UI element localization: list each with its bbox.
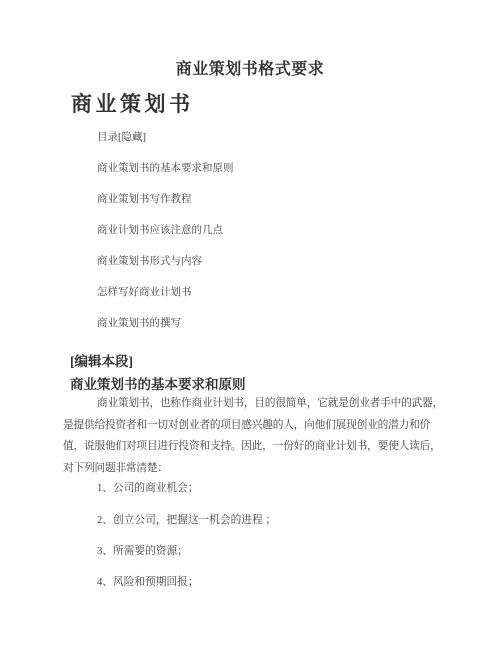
page-heading: 商业策划书 [71,88,194,118]
document-page: 商业策划书格式要求 商业策划书 目录[隐藏] 商业策划书的基本要求和原则 商业策… [0,0,500,647]
numbered-list-item: 3、所需要的资源； [97,543,188,558]
paragraph-line: 对下列问题非常清楚： [63,460,168,475]
numbered-list-item: 2、创立公司，把握这一机会的进程 ； [97,512,276,527]
toc-item[interactable]: 商业策划书的基本要求和原则 [97,160,234,175]
numbered-list-item: 1、公司的商业机会； [97,480,199,495]
toc-item[interactable]: 怎样写好商业计划书 [97,284,192,299]
toc-item[interactable]: 商业策划书形式与内容 [97,253,202,268]
paragraph-line: 商业策划书，也称作商业计划书，目的很简单，它就是创业者手中的武器， [97,395,443,410]
paragraph-line: 是提供给投资者和一切对创业者的项目感兴趣的人，向他们展现创业的潜力和价 [63,417,430,432]
numbered-list-item: 4、风险和预期回报； [97,574,199,589]
paragraph-line: 值，说服他们对项目进行投资和支持。因此，一份好的商业计划书，要使人读后， [63,438,441,453]
toc-hide-toggle[interactable]: [隐藏] [118,132,146,143]
edit-section-tag: [编辑本段] [70,350,133,370]
toc-header: 目录[隐藏] [97,129,146,144]
toc-item[interactable]: 商业计划书应该注意的几点 [97,222,223,237]
toc-item[interactable]: 商业策划书的撰写 [97,315,181,330]
toc-label: 目录 [97,132,118,143]
section-heading: 商业策划书的基本要求和原则 [70,373,246,393]
toc-item[interactable]: 商业策划书写作教程 [97,191,192,206]
document-title: 商业策划书格式要求 [0,56,500,79]
